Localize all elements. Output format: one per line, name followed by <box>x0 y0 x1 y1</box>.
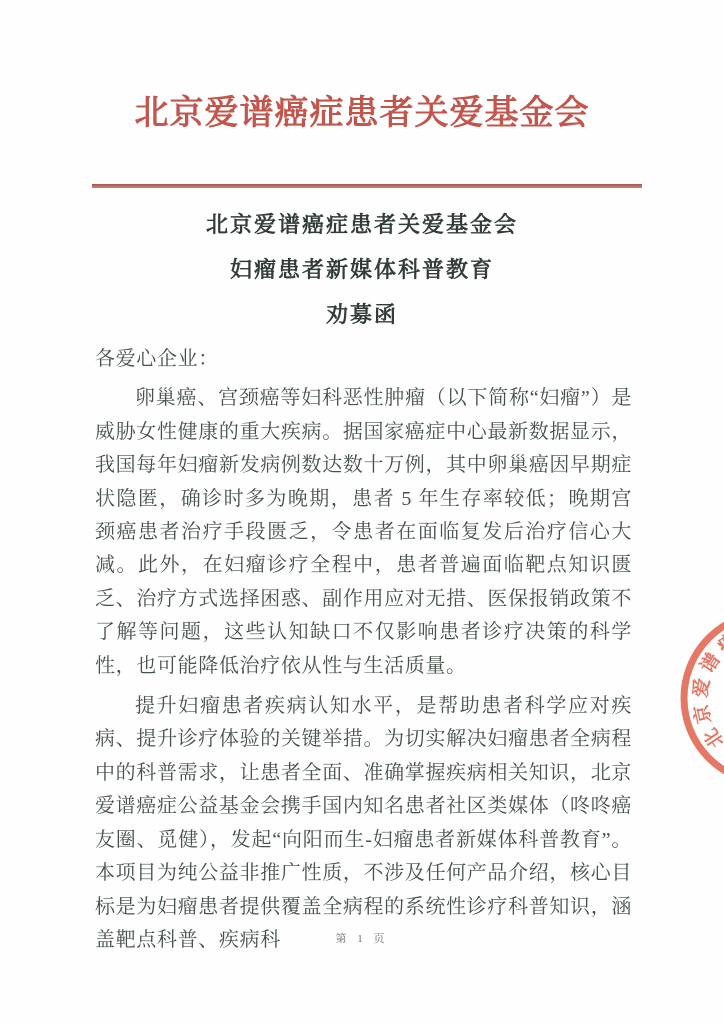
official-seal-icon: 北京爱谱癌症患者关爱基金会 <box>669 598 724 798</box>
document-title: 北京爱谱癌症患者关爱基金会 妇瘤患者新媒体科普教育 劝募函 <box>0 202 724 337</box>
body-paragraph: 提升妇瘤患者疾病认知水平，是帮助患者科学应对疾病、提升诊疗体验的关键举措。为切实… <box>95 690 632 957</box>
letterhead-divider <box>92 184 642 188</box>
salutation: 各爱心企业： <box>95 343 632 376</box>
seal-text: 北京爱谱癌症患者关爱基金会 <box>688 617 724 761</box>
letterhead-title: 北京爱谱癌症患者关爱基金会 <box>0 0 724 136</box>
document-title-line3: 劝募函 <box>0 292 724 337</box>
page-number: 第 1 页 <box>0 930 724 946</box>
body-paragraph: 卵巢癌、宫颈癌等妇科恶性肿瘤（以下简称“妇瘤”）是威胁女性健康的重大疾病。据国家… <box>95 382 632 683</box>
document-body: 各爱心企业： 卵巢癌、宫颈癌等妇科恶性肿瘤（以下简称“妇瘤”）是威胁女性健康的重… <box>95 343 632 957</box>
seal-ring <box>684 613 724 783</box>
document-title-line1: 北京爱谱癌症患者关爱基金会 <box>0 202 724 247</box>
document-title-line2: 妇瘤患者新媒体科普教育 <box>0 247 724 292</box>
svg-text:北京爱谱癌症患者关爱基金会: 北京爱谱癌症患者关爱基金会 <box>688 617 724 761</box>
document-page: 北京爱谱癌症患者关爱基金会 北京爱谱癌症患者关爱基金会 妇瘤患者新媒体科普教育 … <box>0 0 724 1024</box>
